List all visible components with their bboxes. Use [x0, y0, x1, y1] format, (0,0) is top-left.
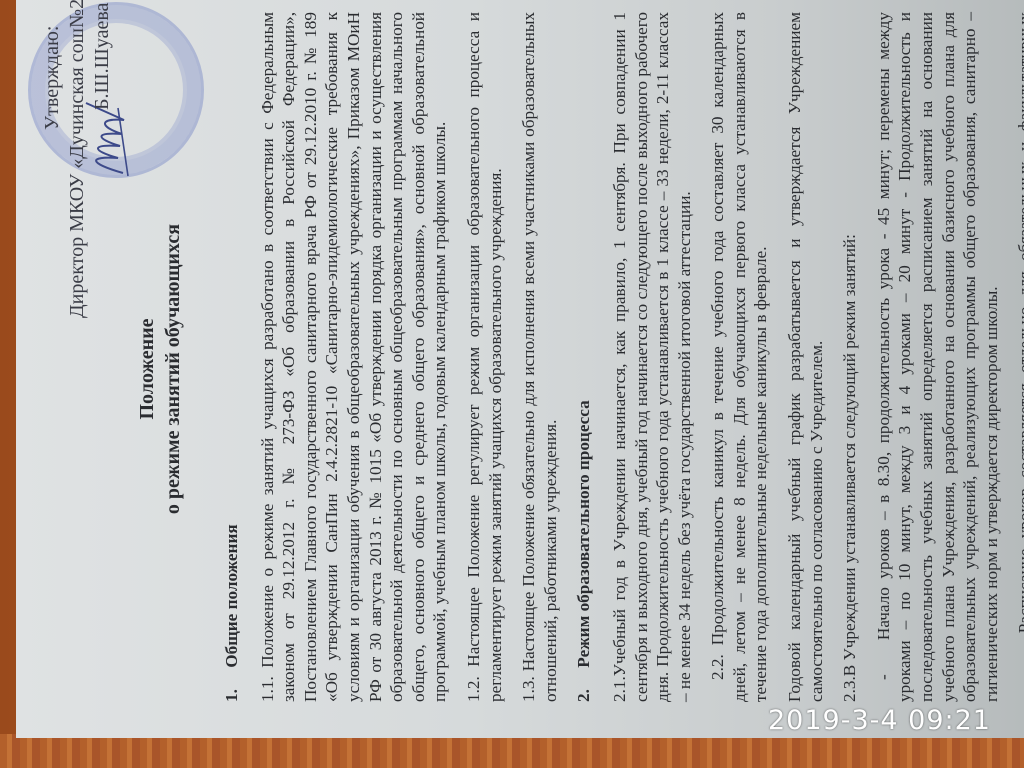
approval-line-3: Б.Ш.Шуаева	[90, 0, 115, 318]
dash-bullet: -	[1015, 633, 1024, 680]
section-title: Режим образовательного процесса	[574, 400, 593, 667]
approval-line-1: Утверждаю:	[40, 0, 65, 318]
title-line-2: о режиме занятий обучающихся	[160, 0, 186, 738]
paragraph-1-3: 1.3. Настоящее Положение обязательно для…	[518, 12, 561, 702]
photo-timestamp: 2019-3-4 09:21	[768, 705, 991, 736]
approval-line-2: Директор МКОУ «Дучинская сош№2»	[65, 0, 90, 318]
wooden-table-surface	[0, 734, 1024, 768]
approval-block: Утверждаю: Директор МКОУ «Дучинская сош№…	[40, 0, 115, 318]
title-line-1: Положение	[134, 0, 160, 738]
list-item-text: Расписание уроков составляется отдельно …	[1015, 12, 1024, 702]
section-number: 1.	[221, 672, 243, 702]
paragraph-1-2: 1.2. Настоящее Положение регулирует режи…	[463, 12, 506, 702]
rotated-page: Утверждаю: Директор МКОУ «Дучинская сош№…	[16, 0, 1024, 738]
document-sheet: Утверждаю: Директор МКОУ «Дучинская сош№…	[16, 0, 1024, 738]
section-heading-2: 2. Режим образовательного процесса	[573, 12, 595, 702]
section-heading-1: 1. Общие положения	[221, 12, 243, 702]
paragraph-2-2: 2.2. Продолжительность каникул в течение…	[707, 12, 772, 702]
document-title: Положение о режиме занятий обучающихся	[134, 0, 186, 738]
list-item-text: Начало уроков – в 8.30, продолжительност…	[874, 12, 1001, 702]
document-body: 1. Общие положения 1.1. Положение о режи…	[221, 12, 1024, 702]
paragraph-2-1: 2.1.Учебный год в Учреждении начинается,…	[609, 12, 695, 702]
dash-bullet: -	[874, 640, 893, 680]
section-number: 2.	[573, 672, 595, 702]
paragraph-2-3: 2.3.В Учреждении устанавливается следующ…	[839, 12, 861, 702]
section-title: Общие положения	[222, 524, 241, 667]
paragraph-2-2b: Годовой календарный учебный график разра…	[784, 12, 827, 702]
paragraph-1-1: 1.1. Положение о режиме занятий учащихся…	[257, 12, 451, 702]
list-item: - Расписание уроков составляется отдельн…	[1014, 12, 1024, 702]
list-item: - Начало уроков – в 8.30, продолжительно…	[873, 12, 1003, 702]
